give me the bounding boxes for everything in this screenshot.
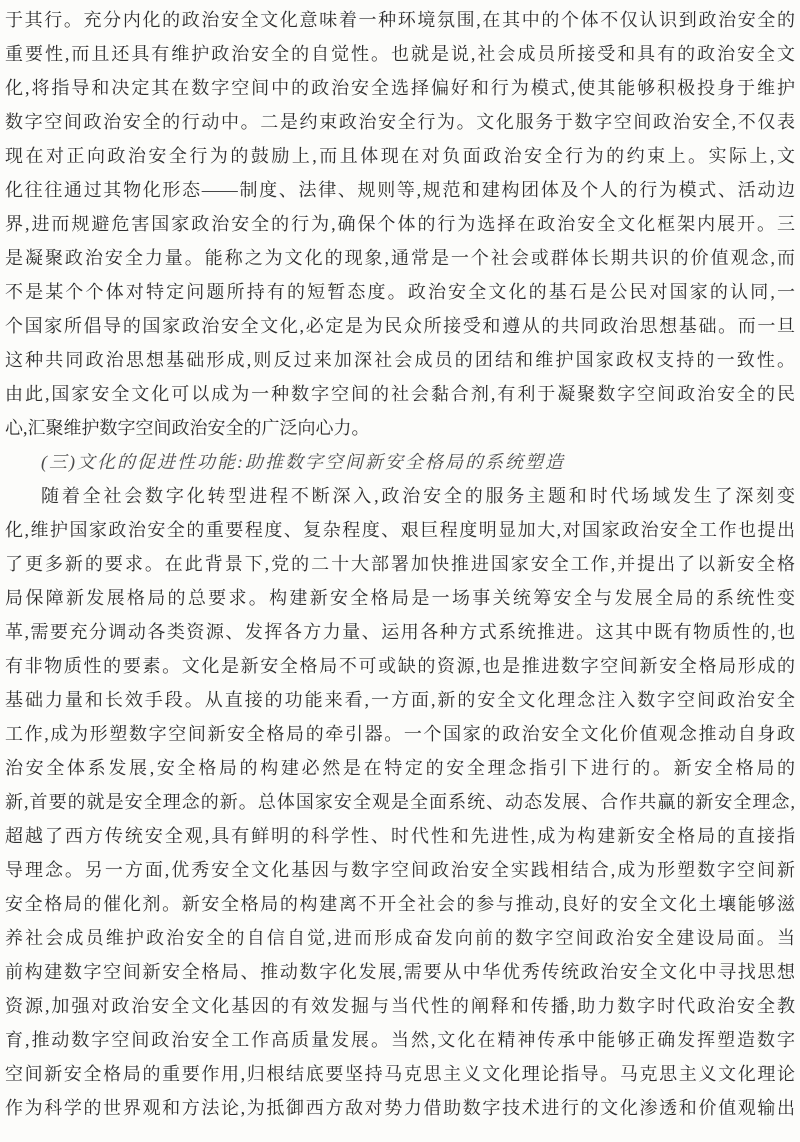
text-line: 资源,加强对政治安全文化基因的有效发掘与当代性的阐释和传播,助力数字时代政治安全… <box>5 989 795 1023</box>
text-line: 现在对正向政治安全行为的鼓励上,而且体现在对负面政治安全行为的约束上。实际上,文 <box>5 139 795 173</box>
text-line: 养社会成员维护政治安全的自信自觉,进而形成奋发向前的数字空间政治安全建设局面。当 <box>5 921 795 955</box>
text-line: 重要性,而且还具有维护政治安全的自觉性。也就是说,社会成员所接受和具有的政治安全… <box>5 37 795 71</box>
text-line: 超越了西方传统安全观,具有鲜明的科学性、时代性和先进性,成为构建新安全格局的直接… <box>5 819 795 853</box>
text-line: 个国家所倡导的国家政治安全文化,必定是为民众所接受和遵从的共同政治思想基础。而一… <box>5 309 795 343</box>
text-line: 化,维护国家政治安全的重要程度、复杂程度、艰巨程度明显加大,对国家政治安全工作也… <box>5 513 795 547</box>
text-line: 是凝聚政治安全力量。能称之为文化的现象,通常是一个社会或群体长期共识的价值观念,… <box>5 241 795 275</box>
text-line: 界,进而规避危害国家政治安全的行为,确保个体的行为选择在政治安全文化框架内展开。… <box>5 207 795 241</box>
text-line: 空间新安全格局的重要作用,归根结底要坚持马克思主义文化理论指导。马克思主义文化理… <box>5 1057 795 1091</box>
text-line: 育,推动数字空间政治安全工作高质量发展。当然,文化在精神传承中能够正确发挥塑造数… <box>5 1023 795 1057</box>
text-line: 随着全社会数字化转型进程不断深入,政治安全的服务主题和时代场域发生了深刻变 <box>5 479 795 513</box>
text-line: 革,需要充分调动各类资源、发挥各方力量、运用各种方式系统推进。这其中既有物质性的… <box>5 615 795 649</box>
text-line: 前构建数字空间新安全格局、推动数字化发展,需要从中华优秀传统政治安全文化中寻找思… <box>5 955 795 989</box>
text-line: 导理念。另一方面,优秀安全文化基因与数字空间政治安全实践相结合,成为形塑数字空间… <box>5 853 795 887</box>
text-line: 局保障新发展格局的总要求。构建新安全格局是一场事关统筹安全与发展全局的系统性变 <box>5 581 795 615</box>
text-line: 于其行。充分内化的政治安全文化意味着一种环境氛围,在其中的个体不仅认识到政治安全… <box>5 3 795 37</box>
text-line: 数字空间政治安全的行动中。二是约束政治安全行为。文化服务于数字空间政治安全,不仅… <box>5 105 795 139</box>
text-line: 化,将指导和决定其在数字空间中的政治安全选择偏好和行为模式,使其能够积极投身于维… <box>5 71 795 105</box>
text-line: 这种共同政治思想基础形成,则反过来加深社会成员的团结和维护国家政权支持的一致性。 <box>5 343 795 377</box>
text-line: 安全格局的催化剂。新安全格局的构建离不开全社会的参与推动,良好的安全文化土壤能够… <box>5 887 795 921</box>
text-column: 于其行。充分内化的政治安全文化意味着一种环境氛围,在其中的个体不仅认识到政治安全… <box>0 0 800 1125</box>
text-line: 基础力量和长效手段。从直接的功能来看,一方面,新的安全文化理念注入数字空间政治安… <box>5 683 795 717</box>
text-line: 心,汇聚维护数字空间政治安全的广泛向心力。 <box>5 411 795 445</box>
text-line: 工作,成为形塑数字空间新安全格局的牵引器。一个国家的政治安全文化价值观念推动自身… <box>5 717 795 751</box>
text-line: 作为科学的世界观和方法论,为抵御西方敌对势力借助数字技术进行的文化渗透和价值观输… <box>5 1091 795 1125</box>
text-line: 不是某个个体对特定问题所持有的短暂态度。政治安全文化的基石是公民对国家的认同,一 <box>5 275 795 309</box>
text-line: 有非物质性的要素。文化是新安全格局不可或缺的资源,也是推进数字空间新安全格局形成… <box>5 649 795 683</box>
text-line: 化往往通过其物化形态——制度、法律、规则等,规范和建构团体及个人的行为模式、活动… <box>5 173 795 207</box>
document-page: 于其行。充分内化的政治安全文化意味着一种环境氛围,在其中的个体不仅认识到政治安全… <box>0 0 800 1142</box>
text-line: 由此,国家安全文化可以成为一种数字空间的社会黏合剂,有利于凝聚数字空间政治安全的… <box>5 377 795 411</box>
section-heading: (三)文化的促进性功能:助推数字空间新安全格局的系统塑造 <box>5 445 795 479</box>
text-line: 治安全体系发展,安全格局的构建必然是在特定的安全理念指引下进行的。新安全格局的 <box>5 751 795 785</box>
text-line: 了更多新的要求。在此背景下,党的二十大部署加快推进国家安全工作,并提出了以新安全… <box>5 547 795 581</box>
text-line: 新,首要的就是安全理念的新。总体国家安全观是全面系统、动态发展、合作共赢的新安全… <box>5 785 795 819</box>
